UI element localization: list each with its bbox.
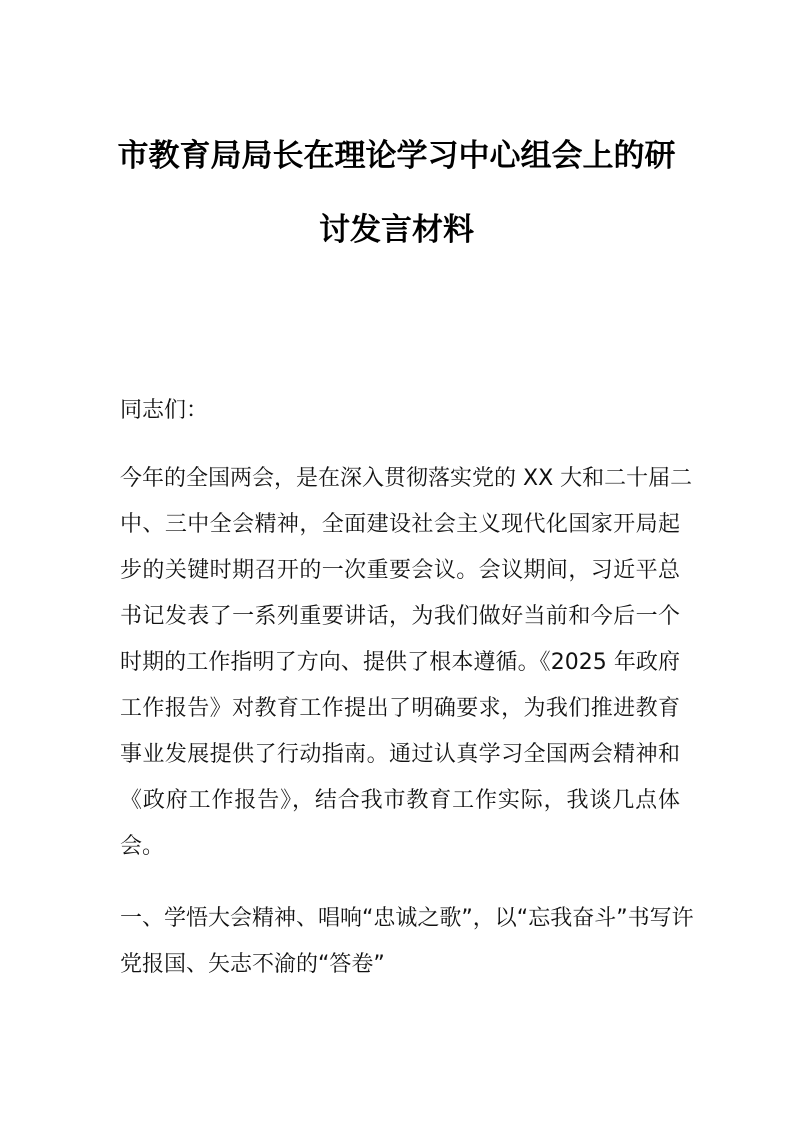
heading-1-line-1: 一、学悟大会精神、唱响“忠诚之歌”，以“忘我奋斗”书写许: [120, 904, 680, 934]
salutation: 同志们：: [120, 396, 680, 426]
paragraph-1-line-9: 会。: [120, 832, 680, 862]
paragraph-1-line-5: 时期的工作指明了方向、提供了根本遵循。《2025 年政府: [120, 648, 680, 678]
paragraph-1-line-7: 事业发展提供了行动指南。通过认真学习全国两会精神和: [120, 740, 680, 770]
paragraph-1-line-1: 今年的全国两会，是在深入贯彻落实党的 XX 大和二十届二: [120, 464, 680, 494]
document-title-line-2: 讨发言材料: [0, 204, 793, 249]
document-page: 市教育局局长在理论学习中心组会上的研 讨发言材料 同志们： 今年的全国两会，是在…: [0, 0, 793, 1122]
document-title-line-1: 市教育局局长在理论学习中心组会上的研: [0, 130, 793, 175]
paragraph-1-line-8: 《政府工作报告》，结合我市教育工作实际，我谈几点体: [120, 786, 680, 816]
paragraph-1-line-6: 工作报告》对教育工作提出了明确要求，为我们推进教育: [120, 694, 680, 724]
heading-1-line-2: 党报国、矢志不渝的“答卷”: [120, 950, 680, 980]
paragraph-1-line-3: 步的关键时期召开的一次重要会议。会议期间，习近平总: [120, 556, 680, 586]
paragraph-1-line-4: 书记发表了一系列重要讲话，为我们做好当前和今后一个: [120, 602, 680, 632]
paragraph-1-line-2: 中、三中全会精神，全面建设社会主义现代化国家开局起: [120, 510, 680, 540]
